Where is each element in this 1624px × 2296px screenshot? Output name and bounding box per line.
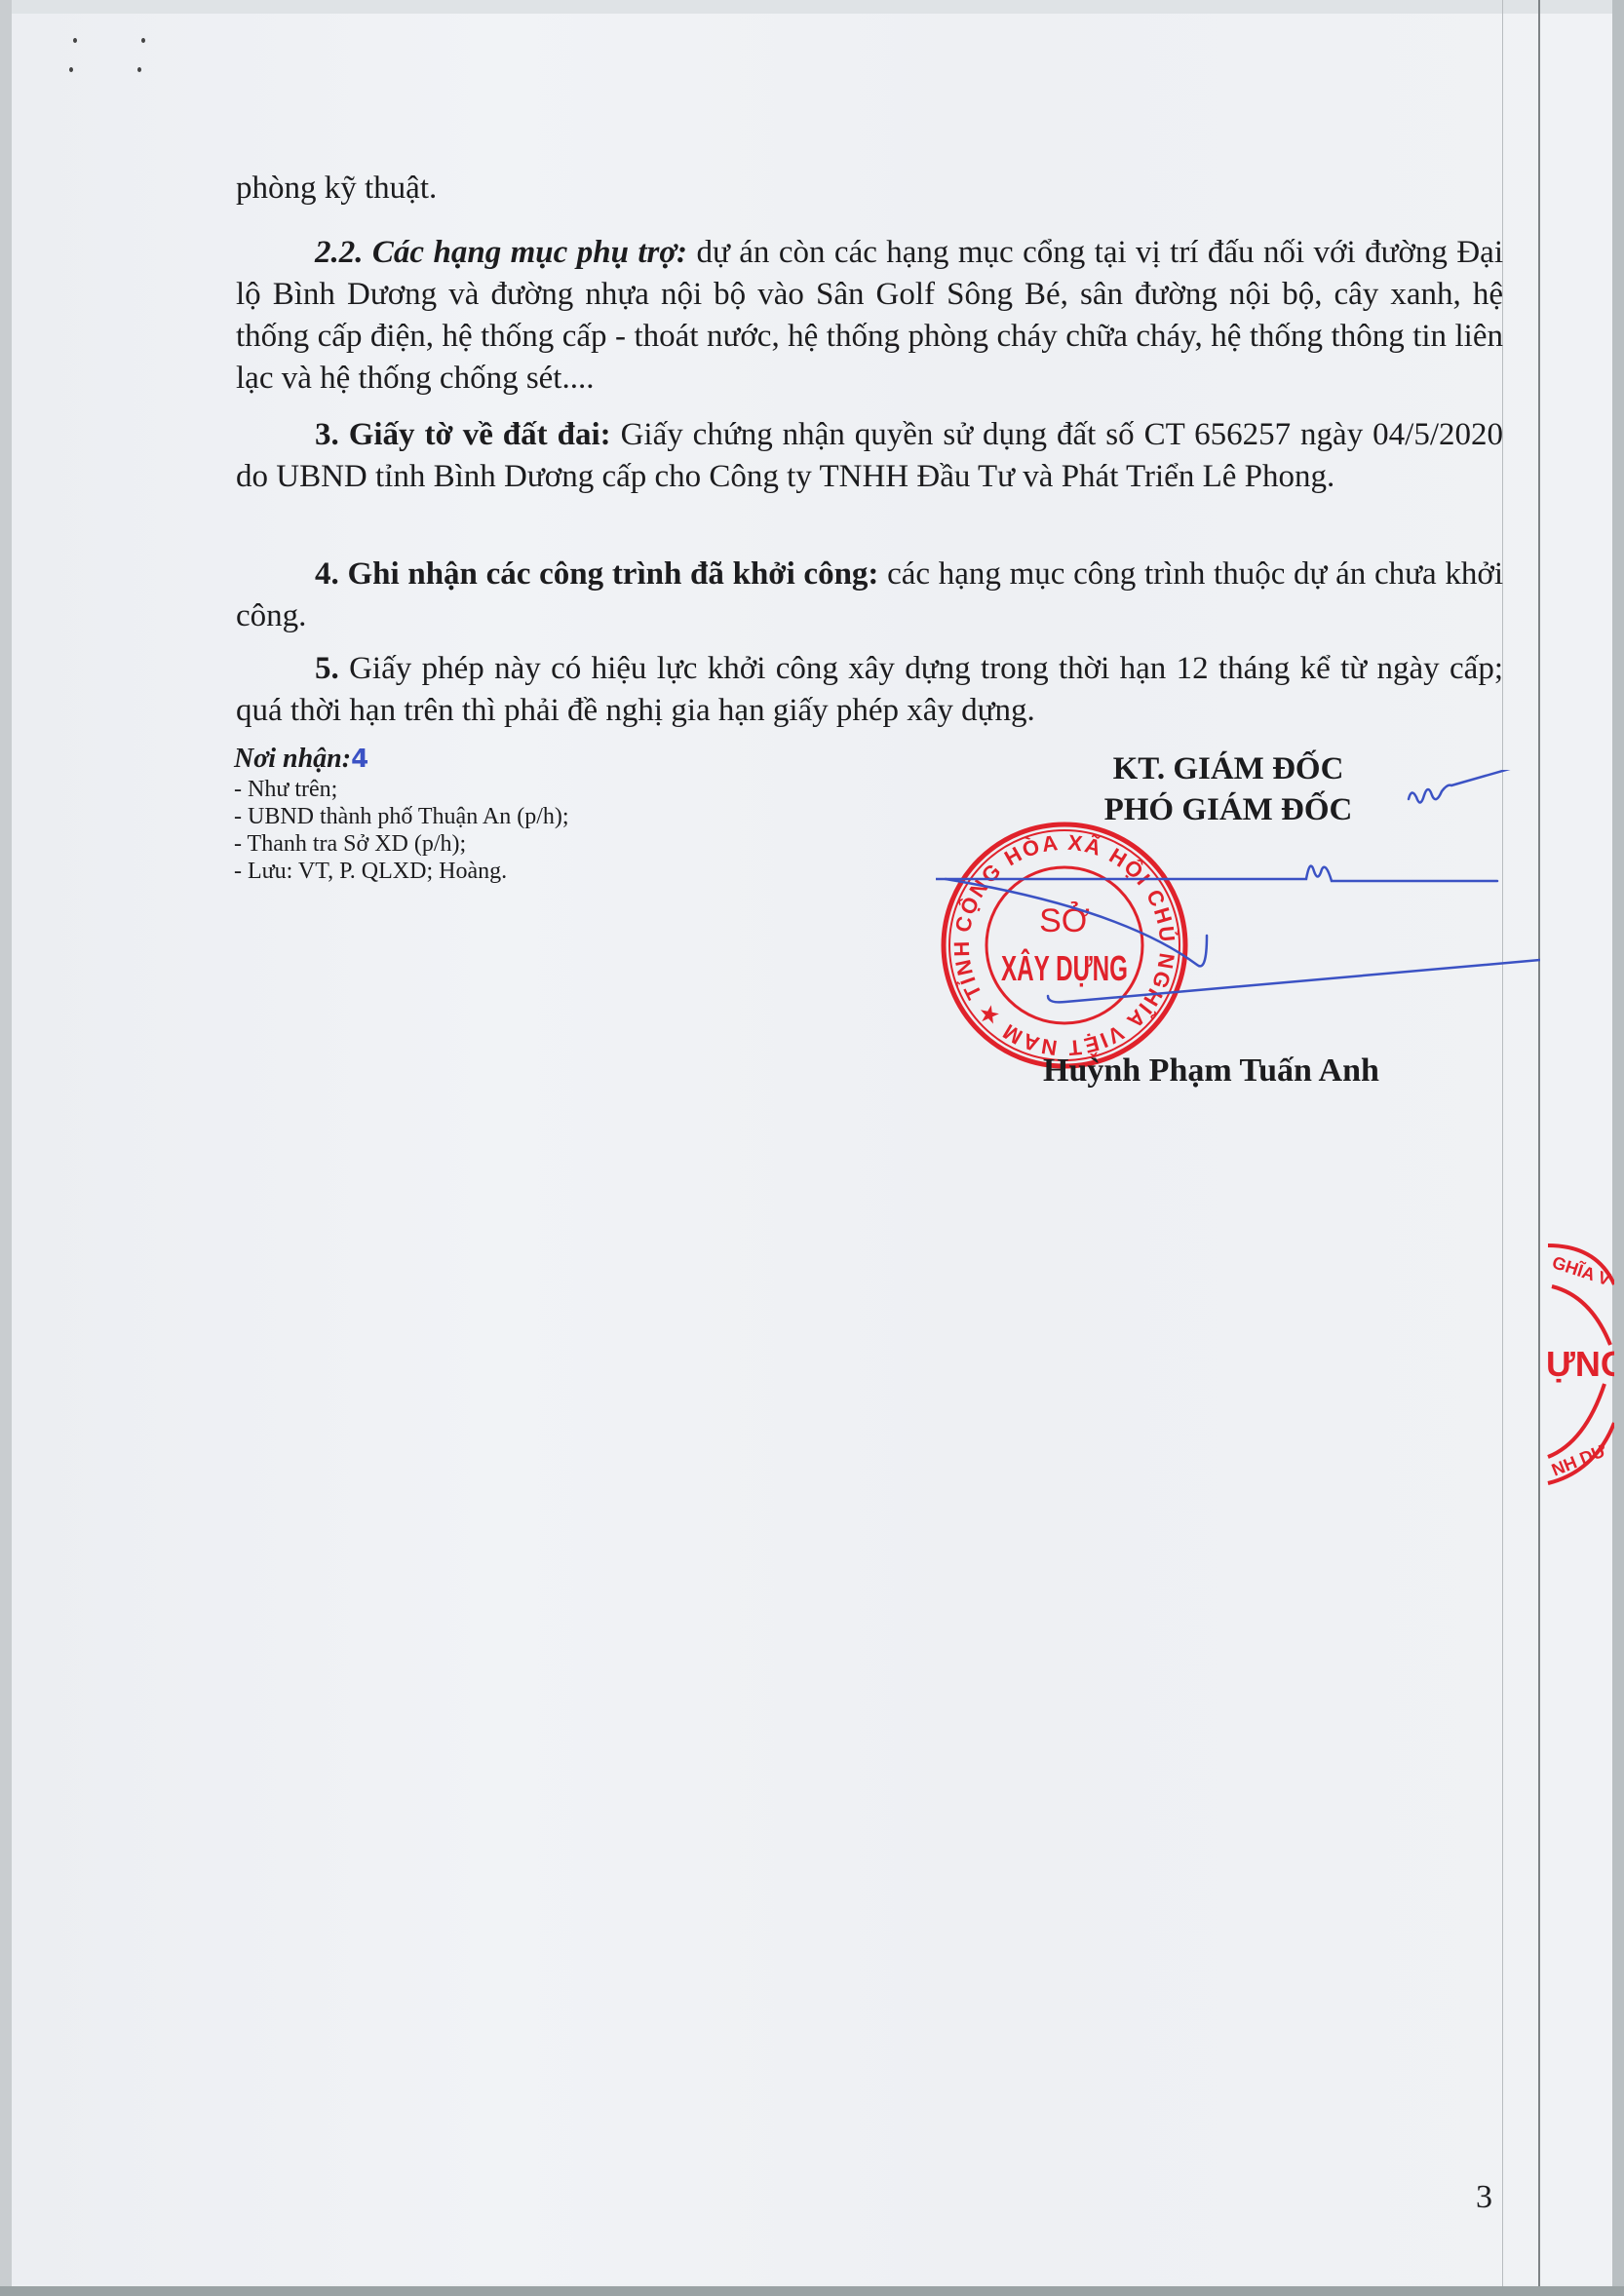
body-text: phòng kỹ thuật. [236, 171, 437, 206]
punch-hole-mark [69, 67, 73, 72]
scan-bottom-edge [0, 2286, 1624, 2296]
edge-stamp-bottom-text: NH DƯ [1549, 1440, 1609, 1480]
recipients-title: Nơi nhận:4 [234, 743, 569, 776]
paragraph-started-works: 4. Ghi nhận các công trình đã khởi công:… [236, 554, 1503, 637]
paragraph-auxiliary-items: 2.2. Các hạng mục phụ trợ: dự án còn các… [236, 232, 1503, 400]
punch-hole-mark [137, 67, 141, 72]
body-text: Giấy phép này có hiệu lực khởi công xây … [236, 651, 1503, 728]
scan-right-edge [1612, 0, 1624, 2296]
recipient-item: - Như trên; [234, 776, 569, 803]
recipient-item: - UBND thành phố Thuận An (p/h); [234, 803, 569, 830]
partial-seal-stamp: GHĨA V ỰNG NH DƯ [1546, 1228, 1614, 1491]
handwritten-signature [936, 770, 1540, 1023]
recipients-block: Nơi nhận:4 - Như trên; - UBND thành phố … [234, 743, 569, 885]
section-heading: 2.2. Các hạng mục phụ trợ: [315, 235, 687, 270]
punch-hole-mark [141, 38, 145, 43]
paragraph-land-documents: 3. Giấy tờ về đất đai: Giấy chứng nhận q… [236, 414, 1503, 498]
section-heading: 5. [315, 651, 339, 686]
recipients-title-text: Nơi nhận: [234, 744, 351, 774]
edge-stamp-mid-text: ỰNG [1546, 1344, 1614, 1384]
page-number: 3 [1476, 2179, 1492, 2216]
paragraph-continuation: phòng kỹ thuật. [236, 168, 1503, 210]
scan-left-edge [0, 0, 12, 2296]
recipient-item: - Lưu: VT, P. QLXD; Hoàng. [234, 858, 569, 885]
handwritten-mark: 4 [351, 745, 368, 774]
punch-hole-mark [73, 38, 77, 43]
edge-stamp-top-text: GHĨA V [1550, 1251, 1613, 1289]
signer-name: Huỳnh Phạm Tuấn Anh [1043, 1052, 1379, 1090]
section-heading: 3. Giấy tờ về đất đai: [315, 417, 611, 452]
section-heading: 4. Ghi nhận các công trình đã khởi công: [315, 556, 878, 592]
fold-line [1538, 0, 1540, 2296]
recipient-item: - Thanh tra Sở XD (p/h); [234, 830, 569, 858]
paragraph-permit-validity: 5. Giấy phép này có hiệu lực khởi công x… [236, 648, 1503, 732]
